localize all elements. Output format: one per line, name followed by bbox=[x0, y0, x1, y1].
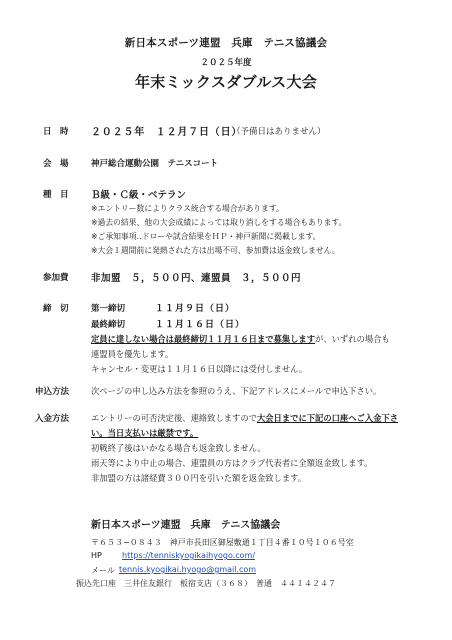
final-deadline-date: １１月１６日（日） bbox=[155, 317, 245, 330]
fee-value: 非加盟 ５，５００円、連盟員 ３，５００円 bbox=[91, 270, 301, 284]
events-value: Ｂ級・Ｃ級・ベテラン bbox=[91, 187, 186, 201]
venue-label: 会 場 bbox=[43, 157, 69, 169]
date-label: 日 時 bbox=[43, 125, 69, 137]
contact-organization: 新日本スポーツ連盟 兵庫 テニス協議会 bbox=[91, 516, 280, 531]
payment-line1-emphasis: 大会日までに下記の口座へご入金下さ bbox=[257, 413, 398, 423]
cancel-note: キャンセル・変更は１１月１６日以降には受付しません。 bbox=[91, 363, 307, 375]
fee-label: 参加費 bbox=[43, 271, 69, 283]
events-note: ※過去の結果、他の大会成績によっては取り消しをする場合もあります。 bbox=[91, 217, 346, 228]
organization-header: 新日本スポーツ連盟 兵庫 テニス協議会 bbox=[0, 35, 452, 50]
payment-line2-emphasis: い。当日支払いは厳禁です。 bbox=[91, 428, 198, 438]
first-deadline-date: １１月９日（日） bbox=[155, 301, 235, 314]
deadline-note-rest: が、いずれの場合も bbox=[315, 334, 390, 344]
venue-value: 神戸総合運動公園 テニスコート bbox=[91, 157, 218, 169]
bank-account: 振込先口座 三井住友銀行 板宿支店（３６８） 普通 ４４１４２４７ bbox=[76, 578, 336, 589]
mail-label: メール bbox=[91, 565, 115, 576]
final-deadline-label: 最終締切 bbox=[91, 318, 125, 330]
events-label: 種 目 bbox=[43, 188, 69, 200]
date-note: （予備日はありません） bbox=[232, 125, 326, 137]
payment-line1: エントリーの可否決定後、連絡致しますので大会日までに下記の口座へご入金下さ bbox=[91, 412, 398, 424]
payment-note: 非加盟の方は諸経費３００円を引いた額を返金致します。 bbox=[91, 472, 306, 484]
contact-address: 〒６５３−０８４３ 神戸市長田区御屋敷通１丁目４番１０号１０６号室 bbox=[91, 537, 354, 548]
deadline-note: 定員に達しない場合は最終締切１１月１６日まで募集しますが、いずれの場合も bbox=[91, 333, 390, 345]
fiscal-year: ２０２５年度 bbox=[0, 56, 452, 68]
deadline-note-line2: 連盟員を優先します。 bbox=[91, 348, 173, 360]
deadline-note-emphasis: 定員に達しない場合は最終締切１１月１６日まで募集します bbox=[91, 334, 315, 344]
application-label: 申込方法 bbox=[35, 385, 69, 397]
events-note: ※ご承知事項‥ドローや試合結果をＨＰ・神戸新聞に掲載します。 bbox=[91, 231, 320, 242]
page-title: 年末ミックスダブルス大会 bbox=[0, 71, 452, 92]
mail-link[interactable]: tennis.kyogikai.hyogo@gmail.com bbox=[119, 565, 256, 574]
payment-note: 初戦終了後はいかなる場合も返金致しません。 bbox=[91, 442, 266, 454]
payment-note: 雨天等により中止の場合、連盟員の方はクラブ代表者に全額返金致します。 bbox=[91, 457, 372, 469]
payment-line2: い。当日支払いは厳禁です。 bbox=[91, 427, 198, 439]
application-value: 次ページの申し込み方法を参照のうえ、下記アドレスにメールで申込下さい。 bbox=[91, 385, 381, 397]
date-value: ２０２５年 １２月７日（日） bbox=[91, 123, 242, 138]
events-note: ※エントリー数によりクラス統合する場合があります。 bbox=[91, 203, 284, 214]
payment-label: 入金方法 bbox=[35, 412, 69, 424]
first-deadline-label: 第一締切 bbox=[91, 302, 125, 314]
hp-label: HP bbox=[91, 551, 102, 560]
hp-link[interactable]: https://tenniskyogikaihyogo.com/ bbox=[122, 551, 255, 560]
payment-line1-plain: エントリーの可否決定後、連絡致しますので bbox=[91, 413, 257, 423]
deadline-label: 締 切 bbox=[43, 302, 69, 314]
events-note: ※大会１週間前に発熱された方は出場不可、参加費は返金致しません。 bbox=[91, 245, 340, 256]
